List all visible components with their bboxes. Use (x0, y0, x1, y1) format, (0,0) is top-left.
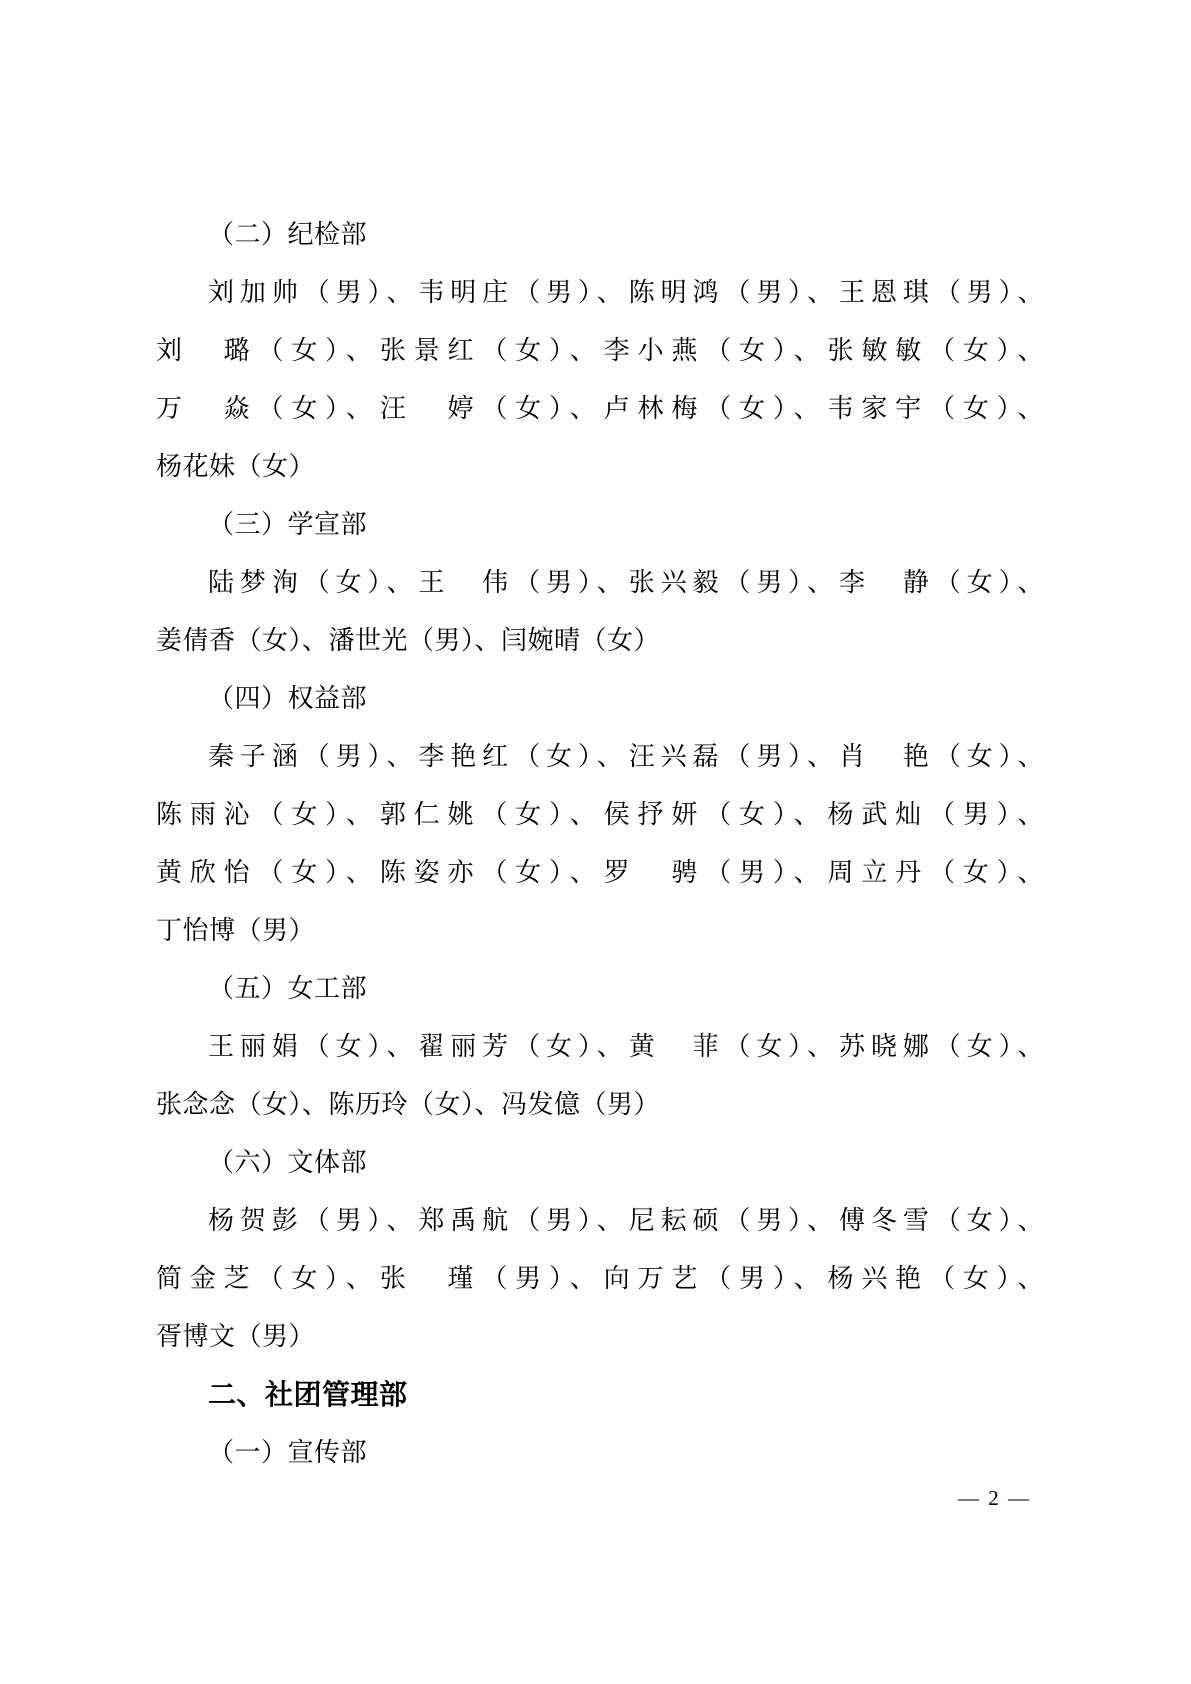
member-line: 胥博文（男） (156, 1308, 1044, 1366)
member-line: 王丽娟（女）、翟丽芳（女）、黄 菲（女）、苏晓娜（女）、 (156, 1018, 1044, 1076)
document-page: （二）纪检部 刘加帅（男）、韦明庄（男）、陈明鸿（男）、王恩琪（男）、 刘 璐（… (0, 0, 1191, 1684)
member-line: 陈雨沁（女）、郭仁姚（女）、侯抒妍（女）、杨武灿（男）、 (156, 786, 1044, 844)
heading-rights-interests-dept: （四）权益部 (156, 670, 1044, 728)
heading-women-workers-dept: （五）女工部 (156, 960, 1044, 1018)
heading-culture-sports-dept: （六）文体部 (156, 1134, 1044, 1192)
member-line: 刘加帅（男）、韦明庄（男）、陈明鸿（男）、王恩琪（男）、 (156, 264, 1044, 322)
heading-discipline-inspection-dept: （二）纪检部 (156, 206, 1044, 264)
member-line: 万 焱（女）、汪 婷（女）、卢林梅（女）、韦家宇（女）、 (156, 380, 1044, 438)
page-number: — 2 — (958, 1486, 1031, 1511)
member-line: 杨花妹（女） (156, 438, 1044, 496)
member-line: 姜倩香（女）、潘世光（男）、闫婉晴（女） (156, 612, 1044, 670)
member-line: 简金芝（女）、张 瑾（男）、向万艺（男）、杨兴艳（女）、 (156, 1250, 1044, 1308)
heading-association-management-dept: 二、社团管理部 (156, 1366, 1044, 1424)
member-line: 杨贺彭（男）、郑禹航（男）、尼耘硕（男）、傅冬雪（女）、 (156, 1192, 1044, 1250)
member-line: 刘 璐（女）、张景红（女）、李小燕（女）、张敏敏（女）、 (156, 322, 1044, 380)
member-line: 黄欣怡（女）、陈姿亦（女）、罗 骋（男）、周立丹（女）、 (156, 844, 1044, 902)
member-line: 丁怡博（男） (156, 902, 1044, 960)
heading-study-publicity-dept: （三）学宣部 (156, 496, 1044, 554)
member-line: 张念念（女）、陈历玲（女）、冯发億（男） (156, 1076, 1044, 1134)
document-body: （二）纪检部 刘加帅（男）、韦明庄（男）、陈明鸿（男）、王恩琪（男）、 刘 璐（… (156, 206, 1044, 1482)
heading-publicity-dept: （一）宣传部 (156, 1424, 1044, 1482)
member-line: 陆梦洵（女）、王 伟（男）、张兴毅（男）、李 静（女）、 (156, 554, 1044, 612)
member-line: 秦子涵（男）、李艳红（女）、汪兴磊（男）、肖 艳（女）、 (156, 728, 1044, 786)
